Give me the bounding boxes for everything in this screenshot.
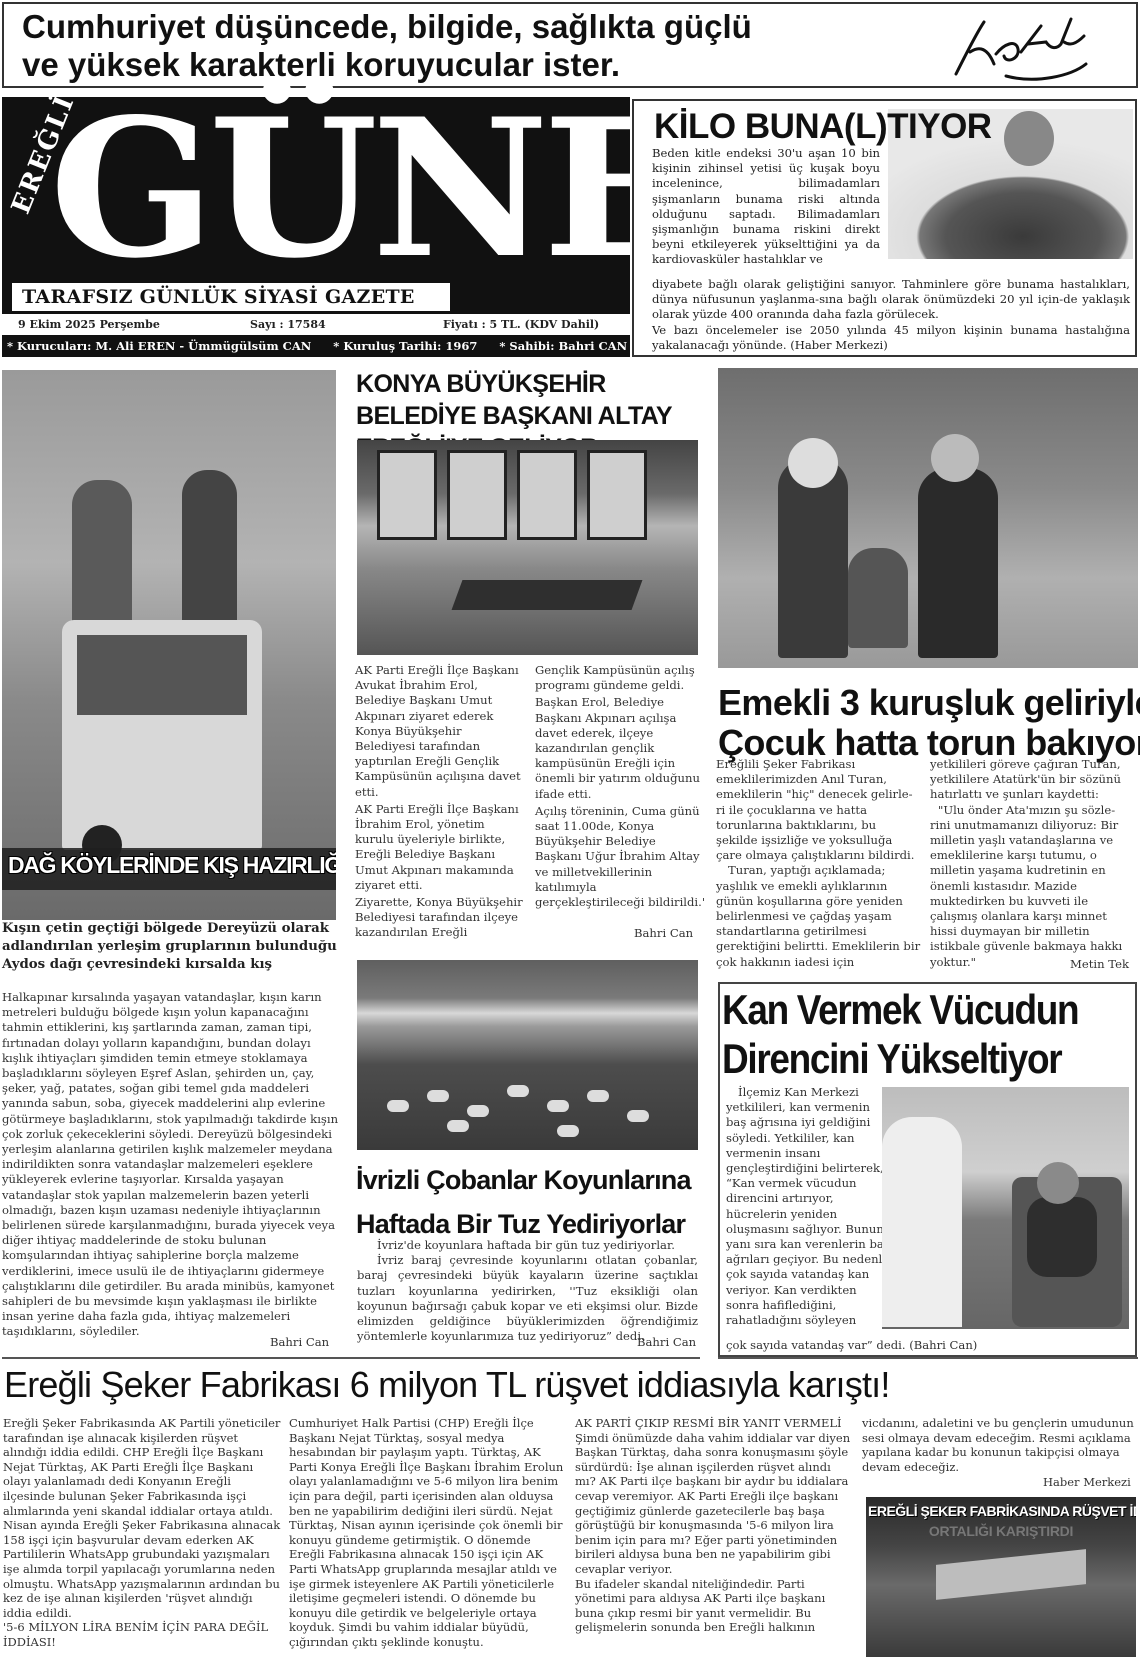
photo-sheep: [627, 1110, 649, 1122]
kan-headline: Kan Vermek Vücudun Direncini Yükseltiyor: [722, 985, 1085, 1083]
emekli-column-2: yetkilileri göreve çağıran Turan, yetkil…: [930, 757, 1135, 970]
kilo-headline: KİLO BUNA(L)TIYOR: [654, 107, 992, 147]
photo-head-shape: [1004, 111, 1054, 166]
photo-sheep: [387, 1100, 409, 1112]
paragraph: Cumhuriyet Halk Partisi (CHP) Ereğli İlç…: [289, 1416, 569, 1650]
emekli-column-1: Ereğlili Şeker Fabrikası emeklilerimizde…: [716, 757, 921, 970]
photo-figure: [1027, 1197, 1097, 1277]
issue-meta-row: 9 Ekim 2025 Perşembe Sayı : 17584 Fiyatı…: [18, 316, 630, 334]
factory-photo-subcaption: ORTALIĞI KARIŞTIRDI: [868, 1523, 1134, 1539]
village-lede: Kışın çetin geçtiği bölgede Dereyüzü ola…: [2, 920, 342, 974]
photo-sheep: [557, 1125, 579, 1137]
paragraph: yetkilileri göreve çağıran Turan, yetkil…: [930, 757, 1135, 803]
paragraph: vicdanını, adaletini ve bu gençlerin umu…: [862, 1416, 1137, 1474]
kilo-body-continued: diyabete bağlı olarak geliştiğini sanıyo…: [652, 277, 1130, 321]
paragraph: Turan, yaptığı açıklamada; yaşlılık ve e…: [716, 863, 921, 969]
paragraph: "Ulu önder Ata'mızın şu sözle-rini unutm…: [930, 803, 1135, 970]
paragraph: Ereğlili Şeker Fabrikası emeklilerimizde…: [716, 757, 921, 863]
kan-last-line: çok sayıda vatandaş var” dedi. (Bahri Ca…: [726, 1338, 977, 1352]
kilo-body-full: diyabete bağlı olarak geliştiğini sanıyo…: [652, 277, 1130, 353]
village-photo-caption: DAĞ KÖYLERİNDE KIŞ HAZIRLIĞI: [8, 852, 336, 879]
kilo-body-last: Ve bazı öncelemeler ise 2050 yılında 45 …: [652, 323, 1130, 352]
headline-line: Direncini Yükseltiyor: [722, 1034, 1085, 1083]
kilo-story-box: KİLO BUNA(L)TIYOR Beden kitle endeksi 30…: [632, 99, 1137, 357]
divider: [2, 1357, 700, 1359]
elderly-family-photo: [718, 368, 1138, 668]
ataturk-motto-banner: Cumhuriyet düşüncede, bilgide, sağlıkta …: [2, 2, 1138, 88]
owner: * Sahibi: Bahri CAN: [499, 339, 627, 353]
paragraph: AK Parti Ereğli İlçe Başkanı İbrahim Ero…: [355, 802, 525, 893]
photo-table: [452, 580, 643, 610]
paragraph: Bu ifadeler skandal niteliğindedir. Part…: [575, 1577, 855, 1635]
photo-figure: [182, 470, 237, 640]
issue-price: Fiyatı : 5 TL. (KDV Dahil): [443, 318, 599, 331]
ivriz-byline: Bahri Can: [637, 1335, 696, 1349]
photo-figure-head: [788, 438, 838, 488]
founders-bar: * Kurucuları: M. Ali EREN - Ümmügülsüm C…: [2, 335, 630, 357]
photo-window: [587, 450, 647, 540]
photo-window: [377, 450, 437, 540]
photo-building: [936, 1549, 1086, 1600]
village-van-photo: DAĞ KÖYLERİNDE KIŞ HAZIRLIĞI: [2, 370, 336, 920]
photo-van-window: [77, 635, 247, 715]
headline-line: İvrizli Çobanlar Koyunlarına: [356, 1158, 708, 1202]
paragraph: İvriz'de koyunlara haftada bir gün tuz y…: [357, 1238, 698, 1253]
ivriz-body: İvriz'de koyunlara haftada bir gün tuz y…: [357, 1238, 698, 1344]
paragraph: Başkan Erol, Belediye Başkanı Akpınarı a…: [535, 695, 705, 801]
paragraph: Ereğli Şeker Fabrikasında AK Partili yön…: [3, 1416, 283, 1620]
photo-sheep: [467, 1105, 489, 1117]
divider: [718, 1357, 1138, 1359]
seker-column-2: Cumhuriyet Halk Partisi (CHP) Ereğli İlç…: [289, 1416, 569, 1650]
founders: * Kurucuları: M. Ali EREN - Ümmügülsüm C…: [7, 339, 311, 353]
kilo-body-wrap: Beden kitle endeksi 30'u aşan 10 bin kiş…: [652, 146, 880, 268]
photo-sheep: [587, 1090, 609, 1102]
photo-sheep: [427, 1090, 449, 1102]
paragraph: Açılış töreninin, Cuma günü saat 11.00de…: [535, 804, 705, 910]
village-body: Halkapınar kırsalında yaşayan vatandaşla…: [2, 990, 342, 1340]
photo-figure: [778, 458, 848, 658]
paragraph: Şimdi önümüzde daha vahim iddialar var d…: [575, 1431, 855, 1577]
headline-line: Emekli 3 kuruşluk geliriyle: [718, 683, 1138, 723]
meeting-room-photo: [357, 440, 698, 655]
emekli-headline: Emekli 3 kuruşluk geliriyle Çocuk hatta …: [718, 683, 1138, 763]
emekli-byline: Metin Tek: [1070, 957, 1129, 971]
sugar-factory-photo: EREĞLİ ŞEKER FABRİKASINDA RÜŞVET İDDİASI…: [866, 1497, 1136, 1657]
konya-column-2: Gençlik Kampüsünün açılış programı günde…: [535, 663, 705, 912]
seker-column-3: AK PARTİ ÇIKIP RESMİ BİR YANIT VERMELİ Ş…: [575, 1416, 855, 1635]
subheading: AK PARTİ ÇIKIP RESMİ BİR YANIT VERMELİ: [575, 1416, 855, 1431]
paragraph: Gençlik Kampüsünün açılış programı günde…: [535, 663, 705, 693]
photo-figure: [848, 548, 908, 648]
seker-byline: Haber Merkezi: [1043, 1475, 1131, 1489]
headline-line: Kan Vermek Vücudun: [722, 985, 1085, 1034]
photo-window: [447, 450, 507, 540]
paragraph: Ziyarette, Konya Büyükşehir Belediyesi t…: [355, 895, 525, 941]
photo-sheep: [447, 1120, 469, 1132]
ivriz-headline: İvrizli Çobanlar Koyunlarına Haftada Bir…: [356, 1158, 708, 1246]
motto-line-1: Cumhuriyet düşüncede, bilgide, sağlıkta …: [22, 8, 752, 46]
ataturk-signature-icon: [946, 14, 1096, 84]
photo-sheep: [507, 1085, 529, 1097]
factory-photo-caption: EREĞLİ ŞEKER FABRİKASINDA RÜŞVET İDDİASI: [868, 1503, 1134, 1519]
seker-headline: Ereğli Şeker Fabrikası 6 milyon TL rüşve…: [4, 1363, 1140, 1407]
photo-figure: [918, 468, 998, 658]
village-byline: Bahri Can: [270, 1335, 329, 1349]
sheep-herd-photo: [357, 960, 698, 1150]
paragraph: İvriz baraj çevresinde koyunlarını otlat…: [357, 1253, 698, 1344]
blood-donation-photo: [882, 1087, 1129, 1329]
photo-figure: [72, 480, 132, 640]
konya-byline: Bahri Can: [634, 926, 693, 940]
subheading: '5-6 MİLYON LİRA BENİM İÇİN PARA DEĞİL İ…: [3, 1620, 283, 1649]
photo-figure-head: [931, 434, 979, 482]
newspaper-masthead: EREĞLİ GÜNEŞ TARAFSIZ GÜNLÜK SİYASİ GAZE…: [2, 97, 630, 314]
photo-figure-head: [1037, 1162, 1079, 1204]
founding-date: * Kuruluş Tarihi: 1967: [333, 339, 477, 353]
masthead-slogan: TARAFSIZ GÜNLÜK SİYASİ GAZETE: [12, 283, 450, 311]
issue-number: Sayı : 17584: [250, 318, 326, 331]
photo-window: [517, 450, 577, 540]
kan-body: İlçemiz Kan Merkezi yetkilileri, kan ver…: [726, 1085, 891, 1328]
seker-column-4: vicdanını, adaletini ve bu gençlerin umu…: [862, 1416, 1137, 1474]
konya-column-1: AK Parti Ereğli İlçe Başkanı Avukat İbra…: [355, 663, 525, 943]
issue-date: 9 Ekim 2025 Perşembe: [18, 318, 160, 331]
photo-figure: [882, 1117, 962, 1327]
paragraph: AK Parti Ereğli İlçe Başkanı Avukat İbra…: [355, 663, 525, 800]
photo-sheep: [547, 1100, 569, 1112]
seker-column-1: Ereğli Şeker Fabrikasında AK Partili yön…: [3, 1416, 283, 1650]
